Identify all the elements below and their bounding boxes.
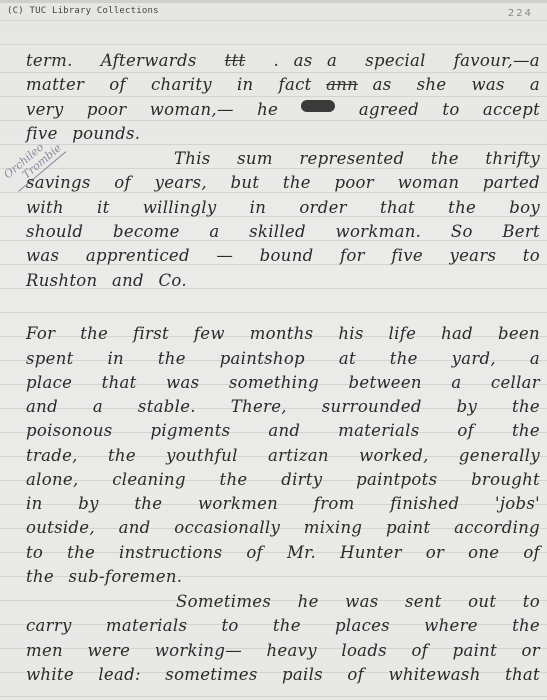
word: materials (338, 421, 419, 440)
word: spent (26, 349, 74, 368)
word: the (80, 324, 108, 343)
word: workmen (198, 494, 278, 513)
word: in (237, 75, 254, 94)
word: bound (260, 246, 314, 265)
word: of (246, 543, 263, 562)
word: Afterwards (101, 51, 197, 70)
word: months (250, 324, 314, 343)
word: was (26, 246, 59, 265)
word: from (314, 494, 355, 513)
word: and (268, 421, 300, 440)
word: been (498, 324, 540, 343)
word: between (349, 373, 422, 392)
word: poor (334, 173, 374, 192)
word: or (426, 543, 444, 562)
word: the (283, 173, 311, 192)
word: willingly (143, 198, 217, 217)
word: stable. (138, 397, 196, 416)
word: by (78, 494, 98, 513)
word: apprenticed (86, 246, 190, 265)
word: represented (299, 149, 404, 168)
word: the (512, 421, 540, 440)
word: was (345, 592, 378, 611)
word: life (389, 324, 417, 343)
word: paint (386, 518, 430, 537)
word: of (457, 421, 474, 440)
word: pounds. (72, 124, 140, 143)
text-line: matter of charity in fact ann as she was… (26, 75, 540, 94)
word: cleaning (112, 470, 186, 489)
word: the (158, 349, 186, 368)
word: Co. (158, 271, 186, 290)
word: sub-foremen. (68, 567, 182, 586)
word: and (26, 397, 58, 416)
word: a (209, 222, 219, 241)
word: of (523, 543, 540, 562)
word: to (442, 100, 459, 119)
word: heavy (267, 641, 317, 660)
word: For (26, 324, 55, 343)
word-with-strike: fact ann as (279, 75, 392, 94)
word: had (441, 324, 473, 343)
word: yard, (452, 349, 496, 368)
word: and (112, 271, 144, 290)
page-number: 224 (508, 8, 533, 19)
word: for (340, 246, 365, 265)
word: in (250, 198, 267, 217)
word: according (454, 518, 540, 537)
text-line: trade, the youthful artizan worked, gene… (26, 446, 540, 465)
word: working— (155, 641, 242, 660)
word: pails (282, 665, 323, 684)
word: few (194, 324, 225, 343)
text-line: very poor woman,— he agreed to accept (26, 100, 540, 119)
word: workman. (336, 222, 422, 241)
word: poor (87, 100, 127, 119)
word: paintpots (356, 470, 437, 489)
word: to (523, 592, 540, 611)
word: a (93, 397, 103, 416)
manuscript-page: (C) TUC Library Collections 224 Orchileo… (0, 0, 547, 700)
copyright-label: (C) TUC Library Collections (7, 6, 159, 16)
struck-word: ann (326, 75, 358, 94)
word: pigments (150, 421, 230, 440)
word: boy (509, 198, 540, 217)
word: one (468, 543, 499, 562)
word: trade, (26, 446, 78, 465)
word: the (108, 446, 136, 465)
word: instructions (119, 543, 222, 562)
text-line: five pounds. (26, 124, 540, 143)
word: in (107, 349, 124, 368)
word: cellar (491, 373, 540, 392)
word: was (166, 373, 199, 392)
word: occasionally (174, 518, 280, 537)
word: Sometimes (176, 592, 271, 611)
text-line: was apprenticed — bound for five years t… (26, 246, 540, 265)
word: favour,—a (454, 51, 540, 70)
word: the (273, 616, 301, 635)
word: lead: (98, 665, 141, 684)
word: alone, (26, 470, 78, 489)
word: of (109, 75, 126, 94)
word: become (113, 222, 180, 241)
word: the (512, 616, 540, 635)
word: a (451, 373, 461, 392)
word: matter (26, 75, 84, 94)
word: So (451, 222, 473, 241)
word: something (229, 373, 319, 392)
word: savings (26, 173, 91, 192)
word: that (380, 198, 415, 217)
word: by (457, 397, 477, 416)
word: sent (405, 592, 442, 611)
word: special (365, 51, 426, 70)
word: she (417, 75, 447, 94)
text-line: white lead: sometimes pails of whitewash… (26, 665, 540, 684)
word: to (221, 616, 238, 635)
text-line: outside, and occasionally mixing paint a… (26, 518, 540, 537)
word: the (448, 198, 476, 217)
word: poisonous (26, 421, 113, 440)
word: sometimes (165, 665, 257, 684)
word: whitewash (388, 665, 480, 684)
word: the (134, 494, 162, 513)
word: charity (151, 75, 212, 94)
word: years, (155, 173, 207, 192)
text-line: This sum represented the thrifty (174, 149, 540, 168)
word: 'jobs' (495, 494, 540, 513)
text-line: For the first few months his life had be… (26, 324, 540, 343)
word: that (102, 373, 137, 392)
word: thrifty (485, 149, 540, 168)
word: the (26, 567, 54, 586)
word: but (231, 173, 260, 192)
word: that (505, 665, 540, 684)
word: should (26, 222, 83, 241)
word: the (220, 470, 248, 489)
text-line: in by the workmen from finished 'jobs' (26, 494, 540, 513)
word: it (97, 198, 110, 217)
word: accept (483, 100, 540, 119)
word: out (468, 592, 496, 611)
word: years (450, 246, 497, 265)
word: places (335, 616, 390, 635)
word: term. (26, 51, 73, 70)
word: very (26, 100, 64, 119)
word: youthful (166, 446, 238, 465)
word: at (339, 349, 356, 368)
text-line: to the instructions of Mr. Hunter or one… (26, 543, 540, 562)
word: parted (483, 173, 540, 192)
word: to (523, 246, 540, 265)
word: This (174, 149, 211, 168)
word: Mr. (287, 543, 316, 562)
word: outside, (26, 518, 95, 537)
word: finished (390, 494, 459, 513)
word: a (530, 75, 540, 94)
text-line: poisonous pigments and materials of the (26, 421, 540, 440)
word: where (424, 616, 478, 635)
word: in (26, 494, 43, 513)
text-line: carry materials to the places where the (26, 616, 540, 635)
word: he (257, 100, 278, 119)
word: carry (26, 616, 72, 635)
word: woman,— (150, 100, 234, 119)
word: paintshop (220, 349, 305, 368)
word: of (411, 641, 428, 660)
word: of (347, 665, 364, 684)
ink-blot (301, 100, 335, 112)
text-line: men were working— heavy loads of paint o… (26, 641, 540, 660)
text-line: savings of years, but the poor woman par… (26, 173, 540, 192)
word: place (26, 373, 72, 392)
word: were (87, 641, 130, 660)
word: the (67, 543, 95, 562)
word: the (390, 349, 418, 368)
text-line: the sub-foremen. (26, 567, 540, 586)
word: Hunter (340, 543, 402, 562)
word: order (299, 198, 347, 217)
word: five (26, 124, 58, 143)
struck-word: ttt (225, 51, 246, 70)
word: five (391, 246, 423, 265)
word: first (133, 324, 169, 343)
word: the (431, 149, 459, 168)
word: white (26, 665, 74, 684)
text-line: Rushton and Co. (26, 271, 540, 290)
word: and (119, 518, 151, 537)
text-line: and a stable. There, surrounded by the (26, 397, 540, 416)
word: dirty (281, 470, 322, 489)
word: paint (453, 641, 497, 660)
word: woman (398, 173, 460, 192)
word: agreed (359, 100, 419, 119)
word: sum (237, 149, 273, 168)
word: of (114, 173, 131, 192)
word: generally (459, 446, 540, 465)
word: mixing (304, 518, 363, 537)
word: There, (231, 397, 287, 416)
word: surrounded (322, 397, 422, 416)
word: was (471, 75, 504, 94)
word: artizan (268, 446, 329, 465)
word: men (26, 641, 63, 660)
text-line: should become a skilled workman. So Bert (26, 222, 540, 241)
text-line: place that was something between a cella… (26, 373, 540, 392)
word: brought (471, 470, 540, 489)
text-line: with it willingly in order that the boy (26, 198, 540, 217)
word: loads (341, 641, 387, 660)
word: skilled (249, 222, 306, 241)
word: the (512, 397, 540, 416)
word: to (26, 543, 43, 562)
word: with (26, 198, 64, 217)
text-line: term. Afterwards ttt . as a special favo… (26, 51, 540, 70)
text-line: Sometimes he was sent out to (176, 592, 540, 611)
word: his (338, 324, 363, 343)
word: Bert (502, 222, 540, 241)
word: a (530, 349, 540, 368)
text-line: alone, cleaning the dirty paintpots brou… (26, 470, 540, 489)
word: Rushton (26, 271, 97, 290)
word: or (522, 641, 540, 660)
text-line: spent in the paintshop at the yard, a (26, 349, 540, 368)
word: fact (279, 75, 312, 94)
word: materials (106, 616, 187, 635)
word: he (298, 592, 319, 611)
word: — (216, 246, 233, 265)
word: . as a (273, 51, 337, 70)
word: worked, (359, 446, 429, 465)
